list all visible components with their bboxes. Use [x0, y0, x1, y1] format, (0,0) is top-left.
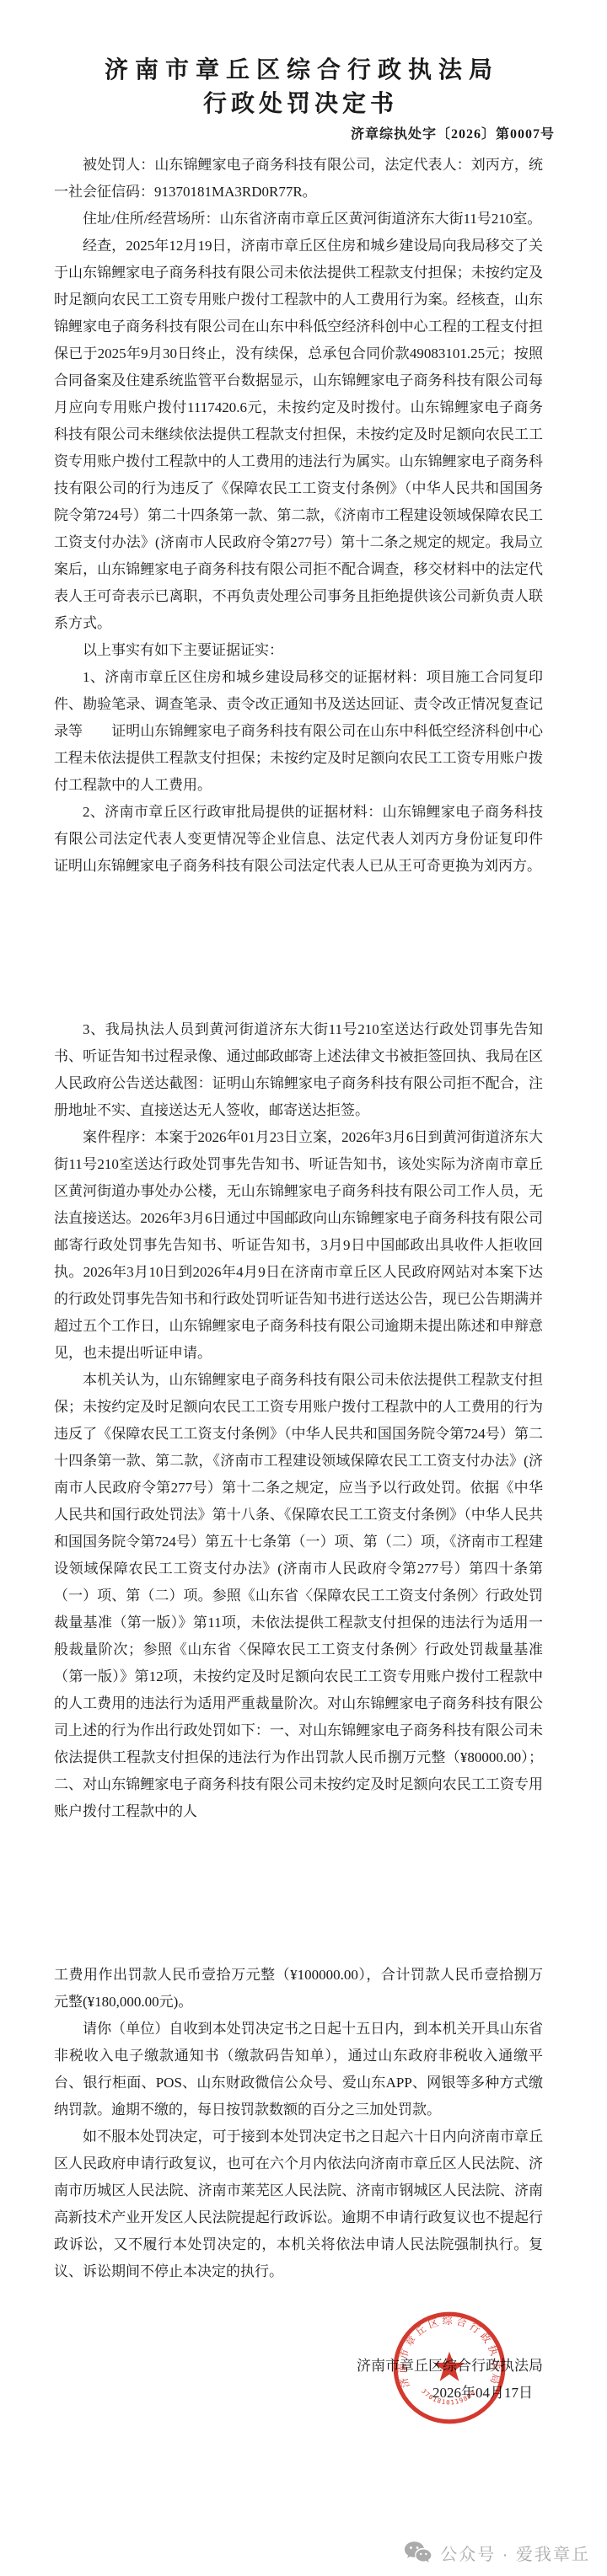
document-title: 济南市章丘区综合行政执法局 行政处罚决定书: [54, 54, 543, 121]
paragraph-payment-instructions: 请你（单位）自收到本处罚决定书之日起十五日内，到本机关开具山东省非税收入电子缴款…: [54, 2016, 543, 2123]
paragraph-appeal-rights: 如不服本处罚决定，可于接到本处罚决定书之日起六十日内向济南市章丘区人民政府申请行…: [54, 2123, 543, 2285]
title-agency-line: 济南市章丘区综合行政执法局: [54, 54, 543, 88]
paragraph-evidence-3: 3、我局执法人员到黄河街道济东大街11号210室送达行政处罚事先告知书、听证告知…: [54, 1016, 543, 1124]
issue-date: 2026年04月17日: [54, 2380, 533, 2407]
paragraph-case-procedure: 案件程序：本案于2026年01月23日立案，2026年3月6日到黄河街道济东大街…: [54, 1124, 543, 1367]
paragraph-address: 住址/住所/经营场所：山东省济南市章丘区黄河街道济东大街11号210室。: [54, 206, 543, 233]
account-label: 公众号 · 爱我章丘: [440, 2541, 590, 2565]
paragraph-findings: 经查，2025年12月19日，济南市章丘区住房和城乡建设局向我局移交了关于山东锦…: [54, 233, 543, 637]
document-number: 济章综执处字〔2026〕第0007号: [54, 125, 555, 145]
paragraph-decision-continued: 工费用作出罚款人民币壹拾万元整（¥100000.00），合计罚款人民币壹拾捌万元…: [54, 1962, 543, 2016]
paragraph-evidence-2: 2、济南市章丘区行政审批局提供的证据材料：山东锦鲤家电子商务科技有限公司法定代表…: [54, 799, 543, 880]
signature-block: 济南市章丘区综合行政执法局 2026年04月17日 济南市章丘区综合行政执法局 …: [54, 2353, 543, 2462]
wechat-account-footer: 公众号 · 爱我章丘: [404, 2541, 590, 2565]
paragraph-decision: 本机关认为，山东锦鲤家电子商务科技有限公司未依法提供工程款支付担保；未按约定及时…: [54, 1367, 543, 1825]
document-page: 济南市章丘区综合行政执法局 行政处罚决定书 济章综执处字〔2026〕第0007号…: [0, 0, 607, 2576]
paragraph-penalized-party: 被处罚人：山东锦鲤家电子商务科技有限公司，法定代表人：刘丙方，统一社会征信码：9…: [54, 152, 543, 206]
paragraph-evidence-1: 1、济南市章丘区住房和城乡建设局移交的证据材料：项目施工合同复印件、勘验笔录、调…: [54, 664, 543, 799]
penalty-decision-document: 济南市章丘区综合行政执法局 行政处罚决定书 济章综执处字〔2026〕第0007号…: [0, 0, 607, 2462]
wechat-icon: [404, 2541, 432, 2565]
title-doctype-line: 行政处罚决定书: [54, 88, 543, 121]
paragraph-evidence-intro: 以上事实有如下主要证据证实：: [54, 637, 543, 664]
issuing-agency: 济南市章丘区综合行政执法局: [54, 2353, 543, 2380]
